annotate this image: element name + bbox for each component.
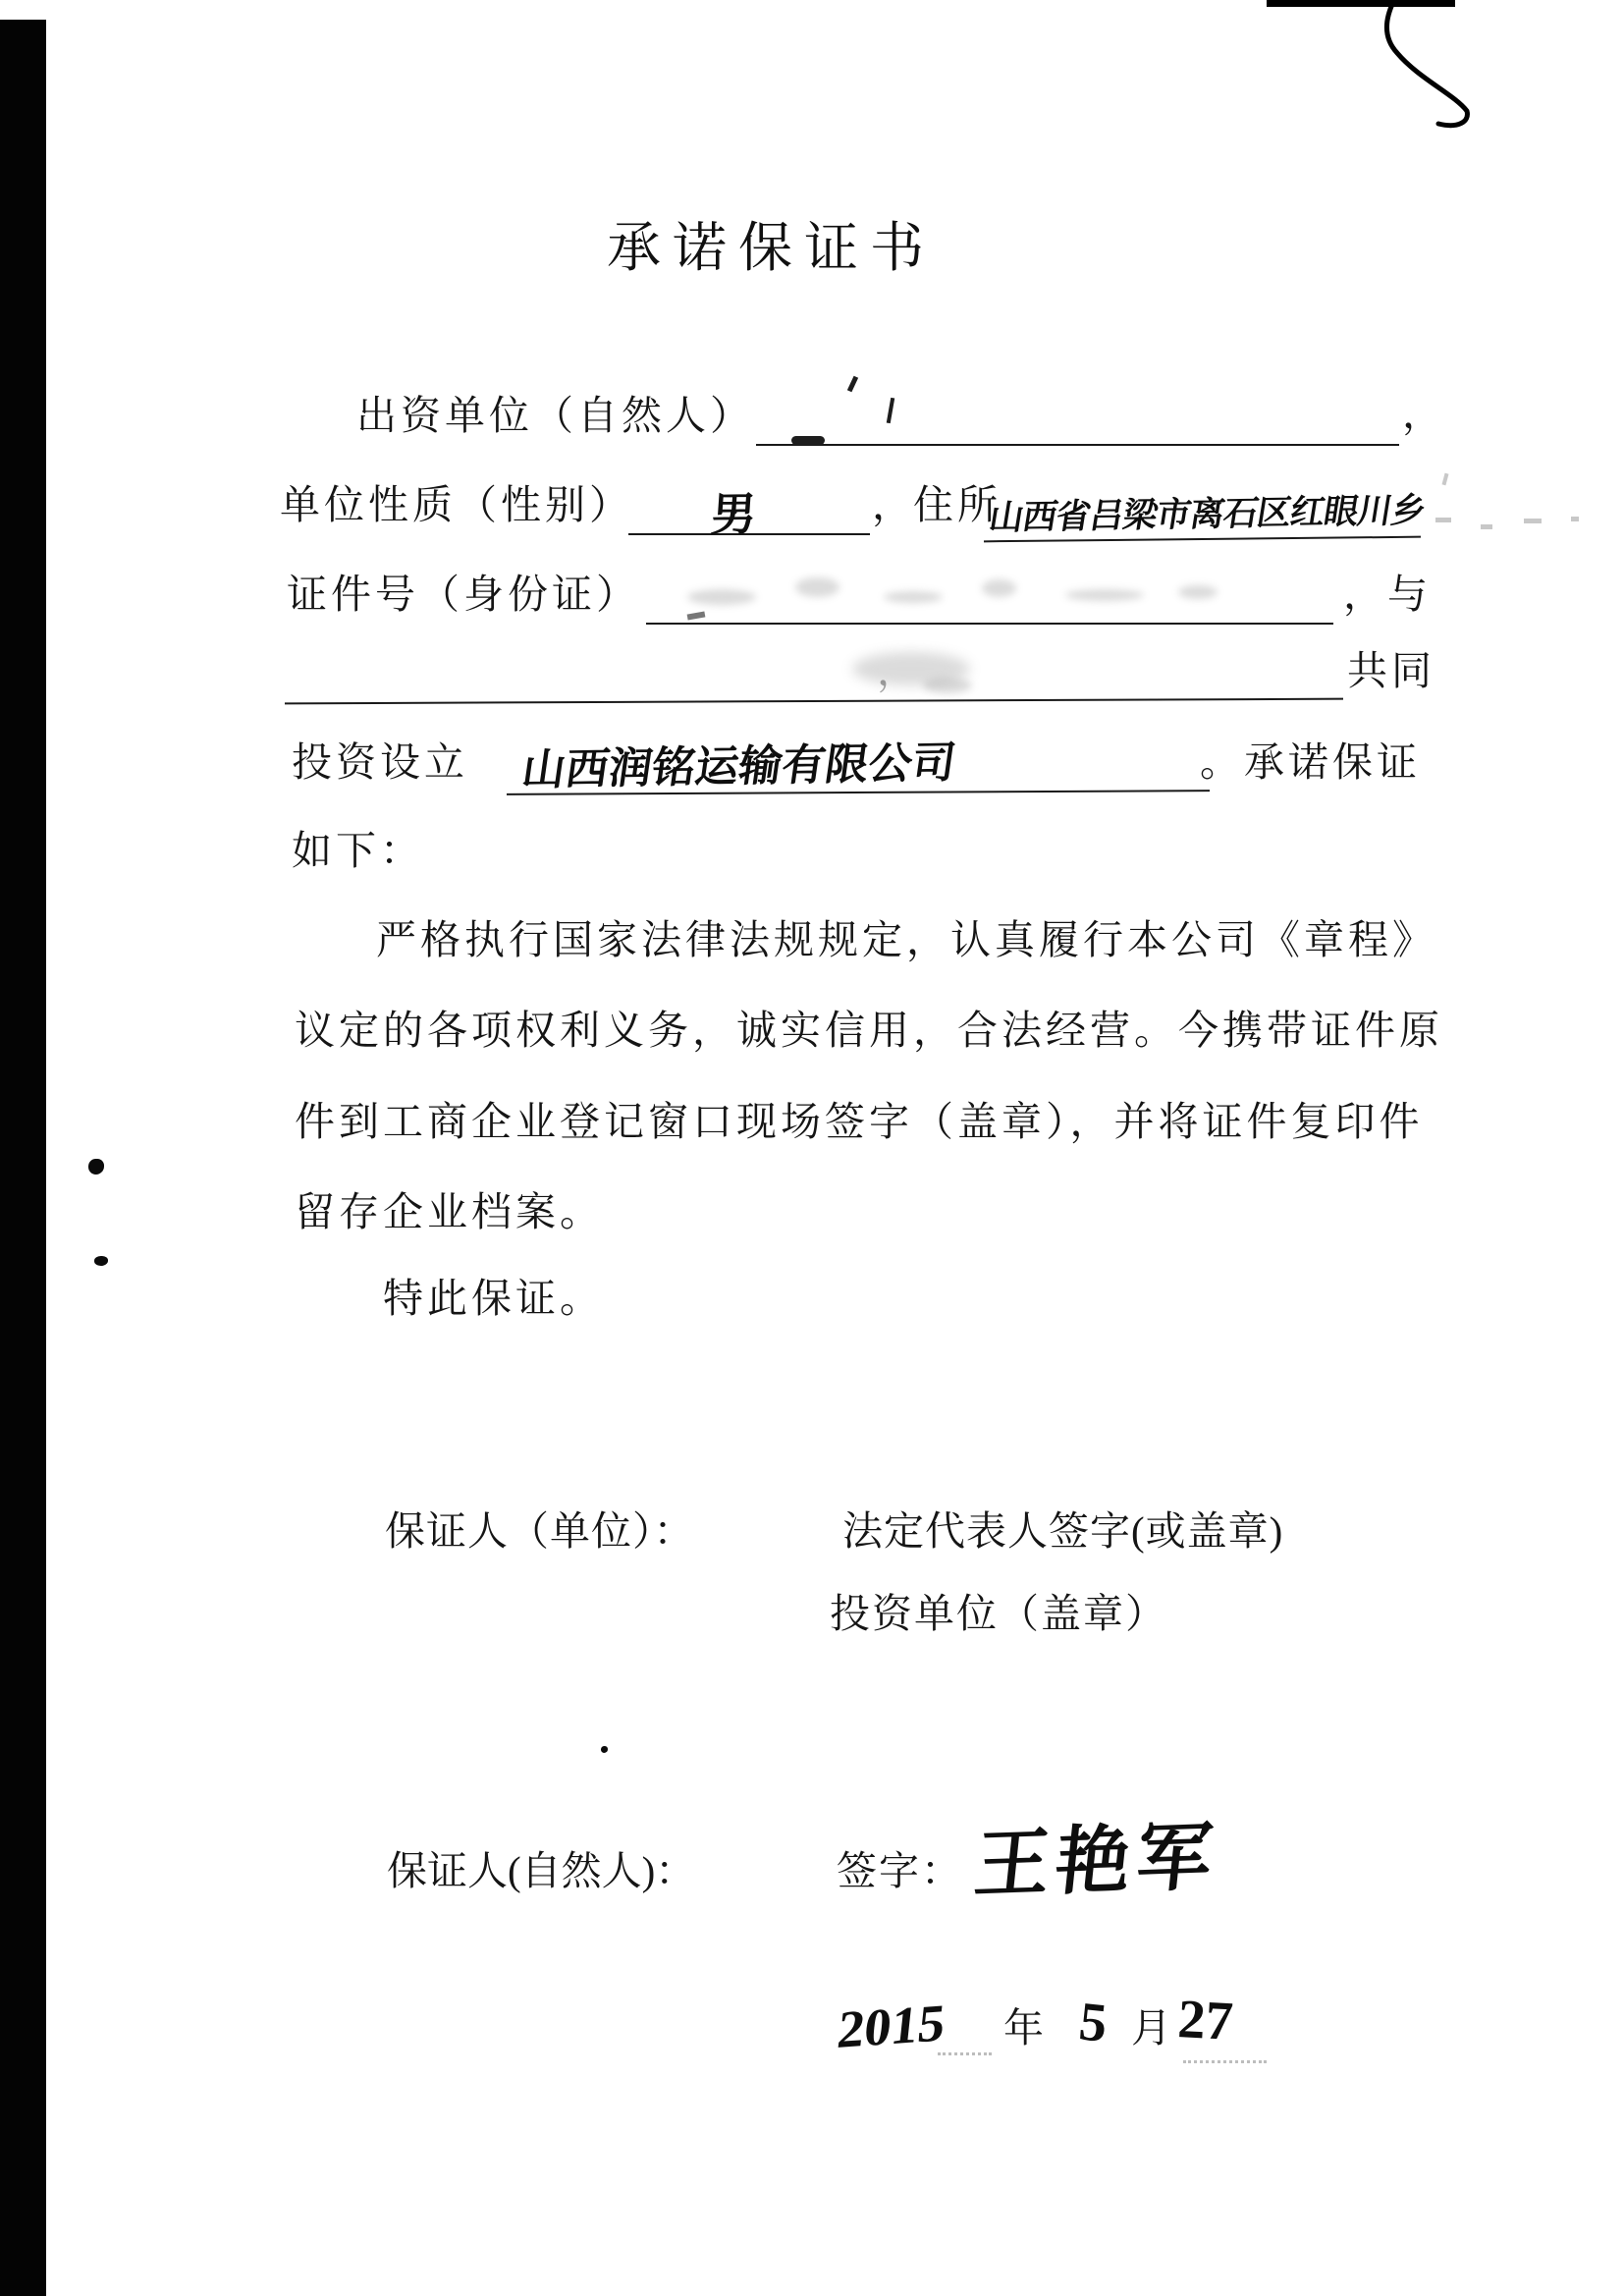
body-line: 留存企业档案。 <box>295 1189 604 1235</box>
scan-edge-strip <box>0 20 46 2296</box>
investor-blank-line <box>756 444 1399 446</box>
punctuation: ， <box>872 482 916 528</box>
erased-stroke <box>847 376 858 393</box>
pen-scribble <box>1370 0 1478 137</box>
body-line: 议定的各项权利义务，诚实信用，合法经营。今携带证件原 <box>295 1008 1443 1054</box>
body-line: 件到工商企业登记窗口现场签字（盖章），并将证件复印件 <box>295 1099 1424 1145</box>
guarantor-unit-label: 保证人（单位）： <box>385 1508 695 1555</box>
redacted-smudge <box>982 579 1016 597</box>
gender-handwriting: 男 <box>709 478 759 544</box>
company-handwriting: 山西润铭运输有限公司 <box>518 727 960 797</box>
ink-blot <box>94 1256 108 1266</box>
erased-stroke <box>887 398 894 423</box>
faint-speck <box>1435 518 1451 522</box>
pledge-intro: 。承诺保证 <box>1200 739 1421 786</box>
month-handwriting: 5 <box>1076 1990 1110 2055</box>
id-number-label: 证件号（身份证） <box>287 572 640 618</box>
year-handwriting: 2015 <box>835 1993 948 2060</box>
as-follows-label: 如下： <box>292 828 424 874</box>
redacted-smudge <box>884 591 943 603</box>
scanned-commitment-letter: 承诺保证书 出资单位（自然人） ， 单位性质（性别） 男 ， 住所 山西省吕梁市… <box>0 0 1624 2296</box>
faint-speck <box>1442 473 1449 486</box>
guarantor-person-label: 保证人(自然人)： <box>387 1848 695 1894</box>
year-label: 年 <box>1003 2005 1048 2051</box>
page-title: 承诺保证书 <box>607 204 936 282</box>
faint-speck <box>1481 524 1492 529</box>
address-handwriting: 山西省吕梁市离石区红眼川乡 <box>986 483 1429 540</box>
partner-blank-line <box>285 698 1343 705</box>
punctuation: ， <box>1402 391 1446 437</box>
unit-nature-label: 单位性质（性别） <box>280 482 633 528</box>
day-handwriting: 27 <box>1176 1988 1234 2053</box>
redacted-smudge <box>1178 585 1218 599</box>
signature-handwriting: 王艳军 <box>970 1796 1224 1912</box>
date-dotted-line <box>938 2052 992 2055</box>
faint-speck <box>1524 519 1542 523</box>
establish-label: 投资设立 <box>292 739 468 786</box>
faint-speck <box>1571 517 1579 521</box>
pledge-line: 特此保证。 <box>383 1276 604 1322</box>
ink-speck <box>601 1746 608 1753</box>
jointly-label: 共同 <box>1347 648 1435 694</box>
investor-label: 出资单位（自然人） <box>356 393 754 439</box>
redacted-smudge <box>1065 589 1144 601</box>
redacted-smudge <box>687 589 756 605</box>
date-dotted-line <box>1183 2060 1267 2063</box>
body-line: 严格执行国家法律法规规定，认真履行本公司《章程》 <box>376 917 1436 963</box>
invest-unit-label: 投资单位（盖章） <box>830 1591 1167 1637</box>
legal-rep-label: 法定代表人签字(或盖章) <box>842 1508 1283 1555</box>
with-label: ，与 <box>1343 572 1432 618</box>
id-blank-line <box>646 623 1333 625</box>
faint-comma: ， <box>877 648 921 694</box>
redacted-smudge <box>795 577 839 597</box>
sign-label: 签字： <box>837 1848 963 1894</box>
redacted-smudge <box>923 678 972 693</box>
ink-blot <box>88 1159 104 1175</box>
month-label: 月 <box>1131 2005 1175 2051</box>
erased-stroke <box>687 611 706 620</box>
ink-blob <box>791 436 825 445</box>
